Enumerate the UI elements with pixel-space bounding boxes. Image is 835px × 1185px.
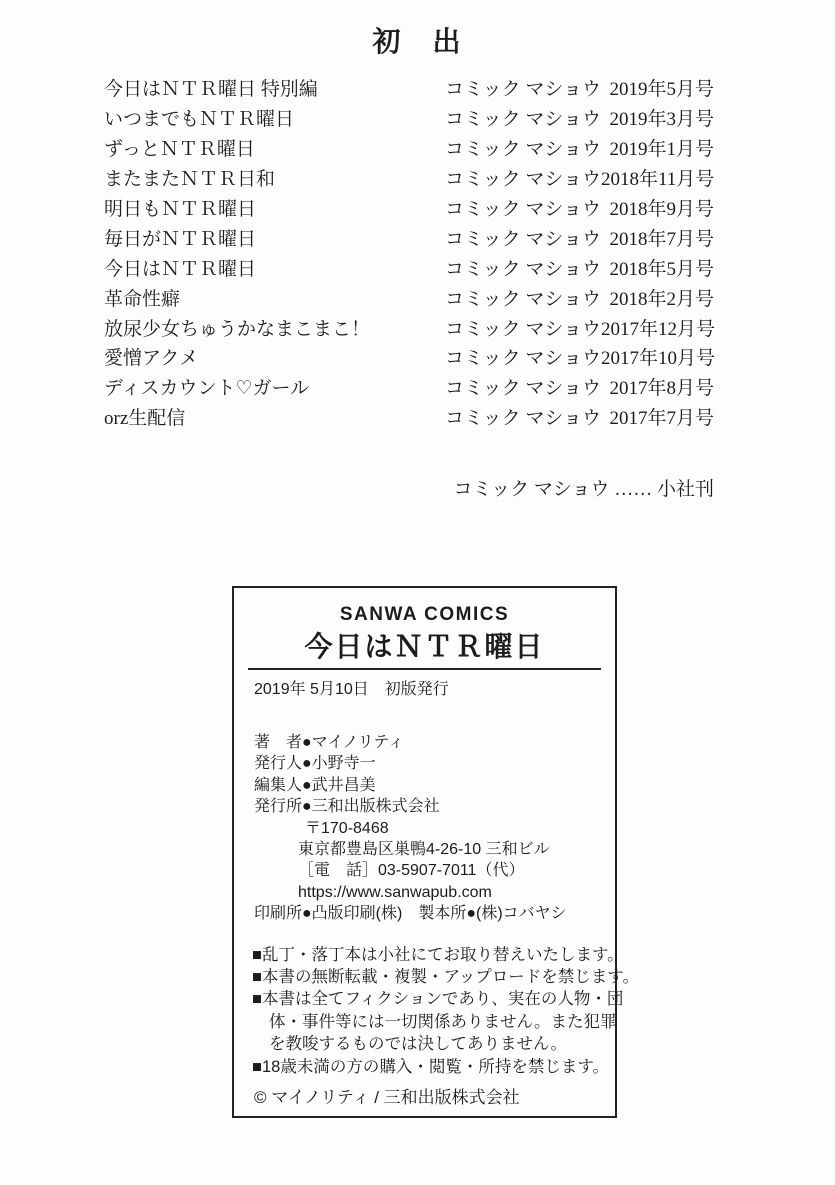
credit-line: 編集人●武井昌美 [254,775,615,796]
magazine-name: コミック マショウ [445,284,601,311]
magazine-name: コミック マショウ [445,164,601,191]
magazine-name: コミック マショウ [445,314,601,341]
chapter-title: 今日はＮＴＲ曜日 特別編 [104,74,318,101]
chapter-title: またまたＮＴＲ日和 [104,164,275,191]
magazine-name: コミック マショウ [445,74,601,101]
magazine-name: コミック マショウ [445,254,601,281]
magazine-name: コミック マショウ [445,104,601,131]
notice-line: を教唆するものでは決してありません。 [252,1033,607,1055]
copyright-line: © マイノリティ / 三和出版株式会社 [254,1087,615,1109]
issue-date: 2018年2月号 [609,284,714,311]
issue-date: 2018年7月号 [609,224,714,251]
publication-row: 放尿少女ちゅうかなまこまこ！ コミック マショウ 2017年12月号 [104,312,714,342]
issue-date: 2017年10月号 [601,343,715,370]
credit-line: 印刷所●凸版印刷(株) 製本所●(株)コバヤシ [254,903,615,924]
publication-row: 愛憎アクメ コミック マショウ 2017年10月号 [104,342,714,372]
first-publication-list: 今日はＮＴＲ曜日 特別編 コミック マショウ 2019年5月号 いつまでもＮＴＲ… [104,73,714,432]
chapter-title: 放尿少女ちゅうかなまこまこ！ [104,314,370,341]
notice-line: ■乱丁・落丁本は小社にてお取り替えいたします。 [252,944,607,966]
magazine-name: コミック マショウ [445,224,601,251]
colophon-box: SANWA COMICS 今日はＮＴＲ曜日 2019年 5月10日 初版発行 著… [232,586,617,1118]
chapter-title: ずっとＮＴＲ曜日 [104,134,255,161]
issue-date: 2017年7月号 [609,403,714,430]
issue-date: 2019年1月号 [609,134,714,161]
magazine-name: コミック マショウ [445,194,601,221]
first-publication-heading: 初 出 [0,26,835,60]
publication-source: コミック マショウ 2017年12月号 [445,314,714,341]
publication-source: コミック マショウ 2018年5月号 [445,254,714,281]
publication-row: 今日はＮＴＲ曜日 特別編 コミック マショウ 2019年5月号 [104,73,714,103]
magazine-name: コミック マショウ [445,343,601,370]
publication-source: コミック マショウ 2018年7月号 [445,224,714,251]
publication-source: コミック マショウ 2018年9月号 [445,194,714,221]
imprint-label: SANWA COMICS [234,603,615,627]
credit-line: 発行人●小野寺一 [254,753,615,774]
magazine-publisher-note: コミック マショウ …… 小社刊 [454,475,715,505]
publication-source: コミック マショウ 2019年5月号 [445,74,714,101]
chapter-title: 明日もＮＴＲ曜日 [104,194,256,221]
publication-row: 今日はＮＴＲ曜日 コミック マショウ 2018年5月号 [104,252,714,282]
credit-line: ［電 話］03-5907-7011（代） [254,860,615,881]
chapter-title: 革命性癖 [104,284,180,311]
credit-line: https://www.sanwapub.com [254,882,615,903]
credit-line: 〒170-8468 [254,818,615,839]
publication-row: ディスカウント♡ガール コミック マショウ 2017年8月号 [104,372,714,402]
issue-date: 2018年11月号 [601,164,714,191]
publication-row: orz生配信 コミック マショウ 2017年7月号 [104,402,714,432]
notice-line: ■18歳未満の方の購入・閲覧・所持を禁じます。 [252,1056,607,1078]
credits-block: 著 者●マイノリティ発行人●小野寺一編集人●武井昌美発行所●三和出版株式会社〒1… [254,732,615,925]
credit-line: 著 者●マイノリティ [254,732,615,753]
issue-date: 2017年12月号 [601,314,715,341]
edition-date: 2019年 5月10日 初版発行 [254,679,615,700]
chapter-title: ディスカウント♡ガール [104,373,309,400]
credit-line: 東京都豊島区巣鴨4-26-10 三和ビル [254,839,615,860]
publication-source: コミック マショウ 2017年7月号 [445,403,714,430]
publication-row: いつまでもＮＴＲ曜日 コミック マショウ 2019年3月号 [104,103,714,133]
publication-row: ずっとＮＴＲ曜日 コミック マショウ 2019年1月号 [104,133,714,163]
book-title: 今日はＮＴＲ曜日 [234,631,615,665]
chapter-title: いつまでもＮＴＲ曜日 [104,104,294,131]
issue-date: 2019年5月号 [609,74,714,101]
publication-source: コミック マショウ 2019年1月号 [445,134,714,161]
magazine-name: コミック マショウ [445,373,601,400]
chapter-title: 今日はＮＴＲ曜日 [104,254,256,281]
magazine-name: コミック マショウ [445,134,601,161]
publication-source: コミック マショウ 2018年11月号 [445,164,714,191]
publication-source: コミック マショウ 2017年10月号 [445,343,714,370]
issue-date: 2018年9月号 [609,194,714,221]
publication-source: コミック マショウ 2017年8月号 [445,373,714,400]
publication-source: コミック マショウ 2019年3月号 [445,104,714,131]
credit-line: 発行所●三和出版株式会社 [254,796,615,817]
chapter-title: orz生配信 [104,403,185,430]
notice-line: ■本書の無断転載・複製・アップロードを禁じます。 [252,966,607,988]
issue-date: 2018年5月号 [609,254,714,281]
chapter-title: 愛憎アクメ [104,343,198,370]
issue-date: 2017年8月号 [609,373,714,400]
magazine-name: コミック マショウ [445,403,601,430]
publication-row: またまたＮＴＲ日和 コミック マショウ 2018年11月号 [104,163,714,193]
publication-row: 革命性癖 コミック マショウ 2018年2月号 [104,282,714,312]
publication-row: 明日もＮＴＲ曜日 コミック マショウ 2018年9月号 [104,193,714,223]
publication-row: 毎日がＮＴＲ曜日 コミック マショウ 2018年7月号 [104,222,714,252]
notice-line: ■本書は全てフィクションであり、実在の人物・団 [252,988,607,1010]
issue-date: 2019年3月号 [609,104,714,131]
chapter-title: 毎日がＮＴＲ曜日 [104,224,256,251]
notices-block: ■乱丁・落丁本は小社にてお取り替えいたします。■本書の無断転載・複製・アップロー… [252,944,607,1078]
title-underline [248,668,601,670]
publication-source: コミック マショウ 2018年2月号 [445,284,714,311]
notice-line: 体・事件等には一切関係ありません。また犯罪 [252,1011,607,1033]
colophon-page: 初 出 今日はＮＴＲ曜日 特別編 コミック マショウ 2019年5月号 いつまで… [0,0,835,1185]
